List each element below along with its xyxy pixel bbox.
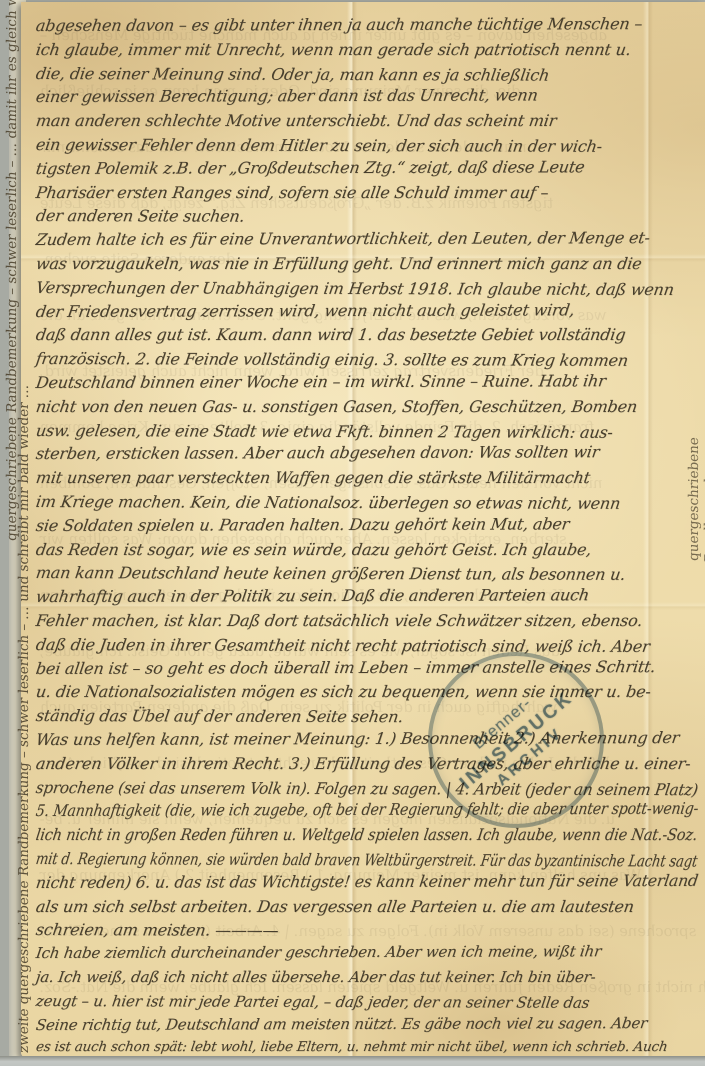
handwriting-line: abgesehen davon – es gibt unter ihnen ja…	[35, 14, 644, 35]
handwriting-line: man kann Deutschland heute keinen größer…	[35, 563, 627, 584]
handwriting-line: das Reden ist sogar, wie es sein würde, …	[35, 540, 593, 559]
handwriting-line: 5. Mannhaftigkeit (die, wie ich zugebe, …	[35, 799, 700, 820]
margin-note-right: quergeschriebene Randbemerkung am rechte…	[686, 436, 705, 570]
handwriting-line: der anderen Seite suchen.	[35, 206, 246, 226]
handwriting-line: es ist auch schon spät: lebt wohl, liebe…	[35, 1039, 669, 1055]
handwriting-line: zeugt – u. hier ist mir jede Partei egal…	[35, 992, 591, 1012]
handwriting-line: Deutschland binnen einer Woche ein – im …	[35, 371, 607, 392]
handwriting-line: ein gewisser Fehler denn dem Hitler zu s…	[35, 135, 604, 156]
margin-note-left-lower: zweite quergeschriebene Randbemerkung – …	[16, 384, 32, 1054]
handwriting-line: nicht reden) 6. u. das ist das Wichtigst…	[35, 871, 700, 892]
handwriting-line: der Friedensvertrag zerrissen wird, wenn…	[35, 300, 576, 321]
handwriting-line: daß dann alles gut ist. Kaum. dann wird …	[35, 325, 627, 344]
handwriting-line: ja. Ich weiß, daß ich nicht alles überse…	[35, 968, 597, 986]
handwriting-line: usw. gelesen, die eine Stadt wie etwa Fk…	[35, 421, 615, 442]
handwriting-line: Zudem halte ich es für eine Unverantwort…	[35, 228, 651, 249]
handwriting-line: im Kriege machen. Kein, die Nationalsoz.…	[35, 492, 622, 513]
letter-scan: abgesehen davon – es gibt unter ihnen ja…	[0, 0, 705, 1066]
handwriting-line: lich nicht in großen Reden führen u. Wel…	[35, 825, 699, 844]
handwriting-line: tigsten Polemik z.B. der „Großdeutschen …	[35, 157, 586, 178]
handwriting-line: daß die Juden in ihrer Gesamtheit nicht …	[35, 635, 651, 656]
handwriting-line: man anderen schlechte Motive unterschieb…	[35, 111, 558, 130]
handwriting-line: was vorzugaukeln, was nie in Erfüllung g…	[35, 254, 643, 273]
scanner-background-bottom	[0, 1056, 705, 1066]
handwriting-line: ständig das Übel auf der anderen Seite s…	[35, 706, 405, 726]
handwriting-line: französisch. 2. die Feinde vollständig e…	[35, 349, 630, 370]
handwriting-line: ich glaube, immer mit Unrecht, wenn man …	[35, 40, 632, 59]
handwriting-line: Ich habe ziemlich durcheinander geschrie…	[35, 942, 603, 962]
handwriting-line: wahrhaftig auch in der Politik zu sein. …	[35, 585, 591, 606]
handwriting-line: sie Soldaten spielen u. Paraden halten. …	[35, 514, 571, 535]
handwriting-line: schreien, am meisten. ————	[35, 920, 280, 940]
handwriting-line: einer gewissen Berechtigung; aber dann i…	[35, 86, 539, 107]
archive-stamp-text: Brenner- INNSBRUCK ARCHIV	[442, 671, 590, 810]
handwriting-line: Seine richtig tut, Deutschland am meiste…	[35, 1014, 649, 1034]
handwritten-text-block: abgesehen davon – es gibt unter ihnen ja…	[0, 0, 705, 1066]
handwriting-line: sterben, ersticken lassen. Aber auch abg…	[35, 443, 601, 464]
handwriting-line: Fehler machen, ist klar. Daß dort tatsäc…	[35, 611, 644, 630]
handwriting-line: mit d. Regierung können, sie würden bald…	[35, 849, 699, 871]
handwriting-line: Versprechungen der Unabhängigen im Herbs…	[35, 278, 676, 299]
archive-stamp: Brenner- INNSBRUCK ARCHIV	[428, 652, 604, 828]
handwriting-line: mit unseren paar versteckten Waffen gege…	[35, 468, 592, 487]
handwriting-line: sprochene (sei das unserem Volk in). Fol…	[35, 778, 700, 799]
handwriting-line: als um sich selbst arbeiten. Das vergess…	[35, 897, 636, 916]
handwriting-line: nicht von den neuen Gas- u. sonstigen Ga…	[35, 397, 639, 416]
handwriting-line: Pharisäer ersten Ranges sind, sofern sie…	[35, 183, 550, 202]
handwriting-line: die, die seiner Meinung sind. Oder ja, m…	[35, 64, 551, 85]
